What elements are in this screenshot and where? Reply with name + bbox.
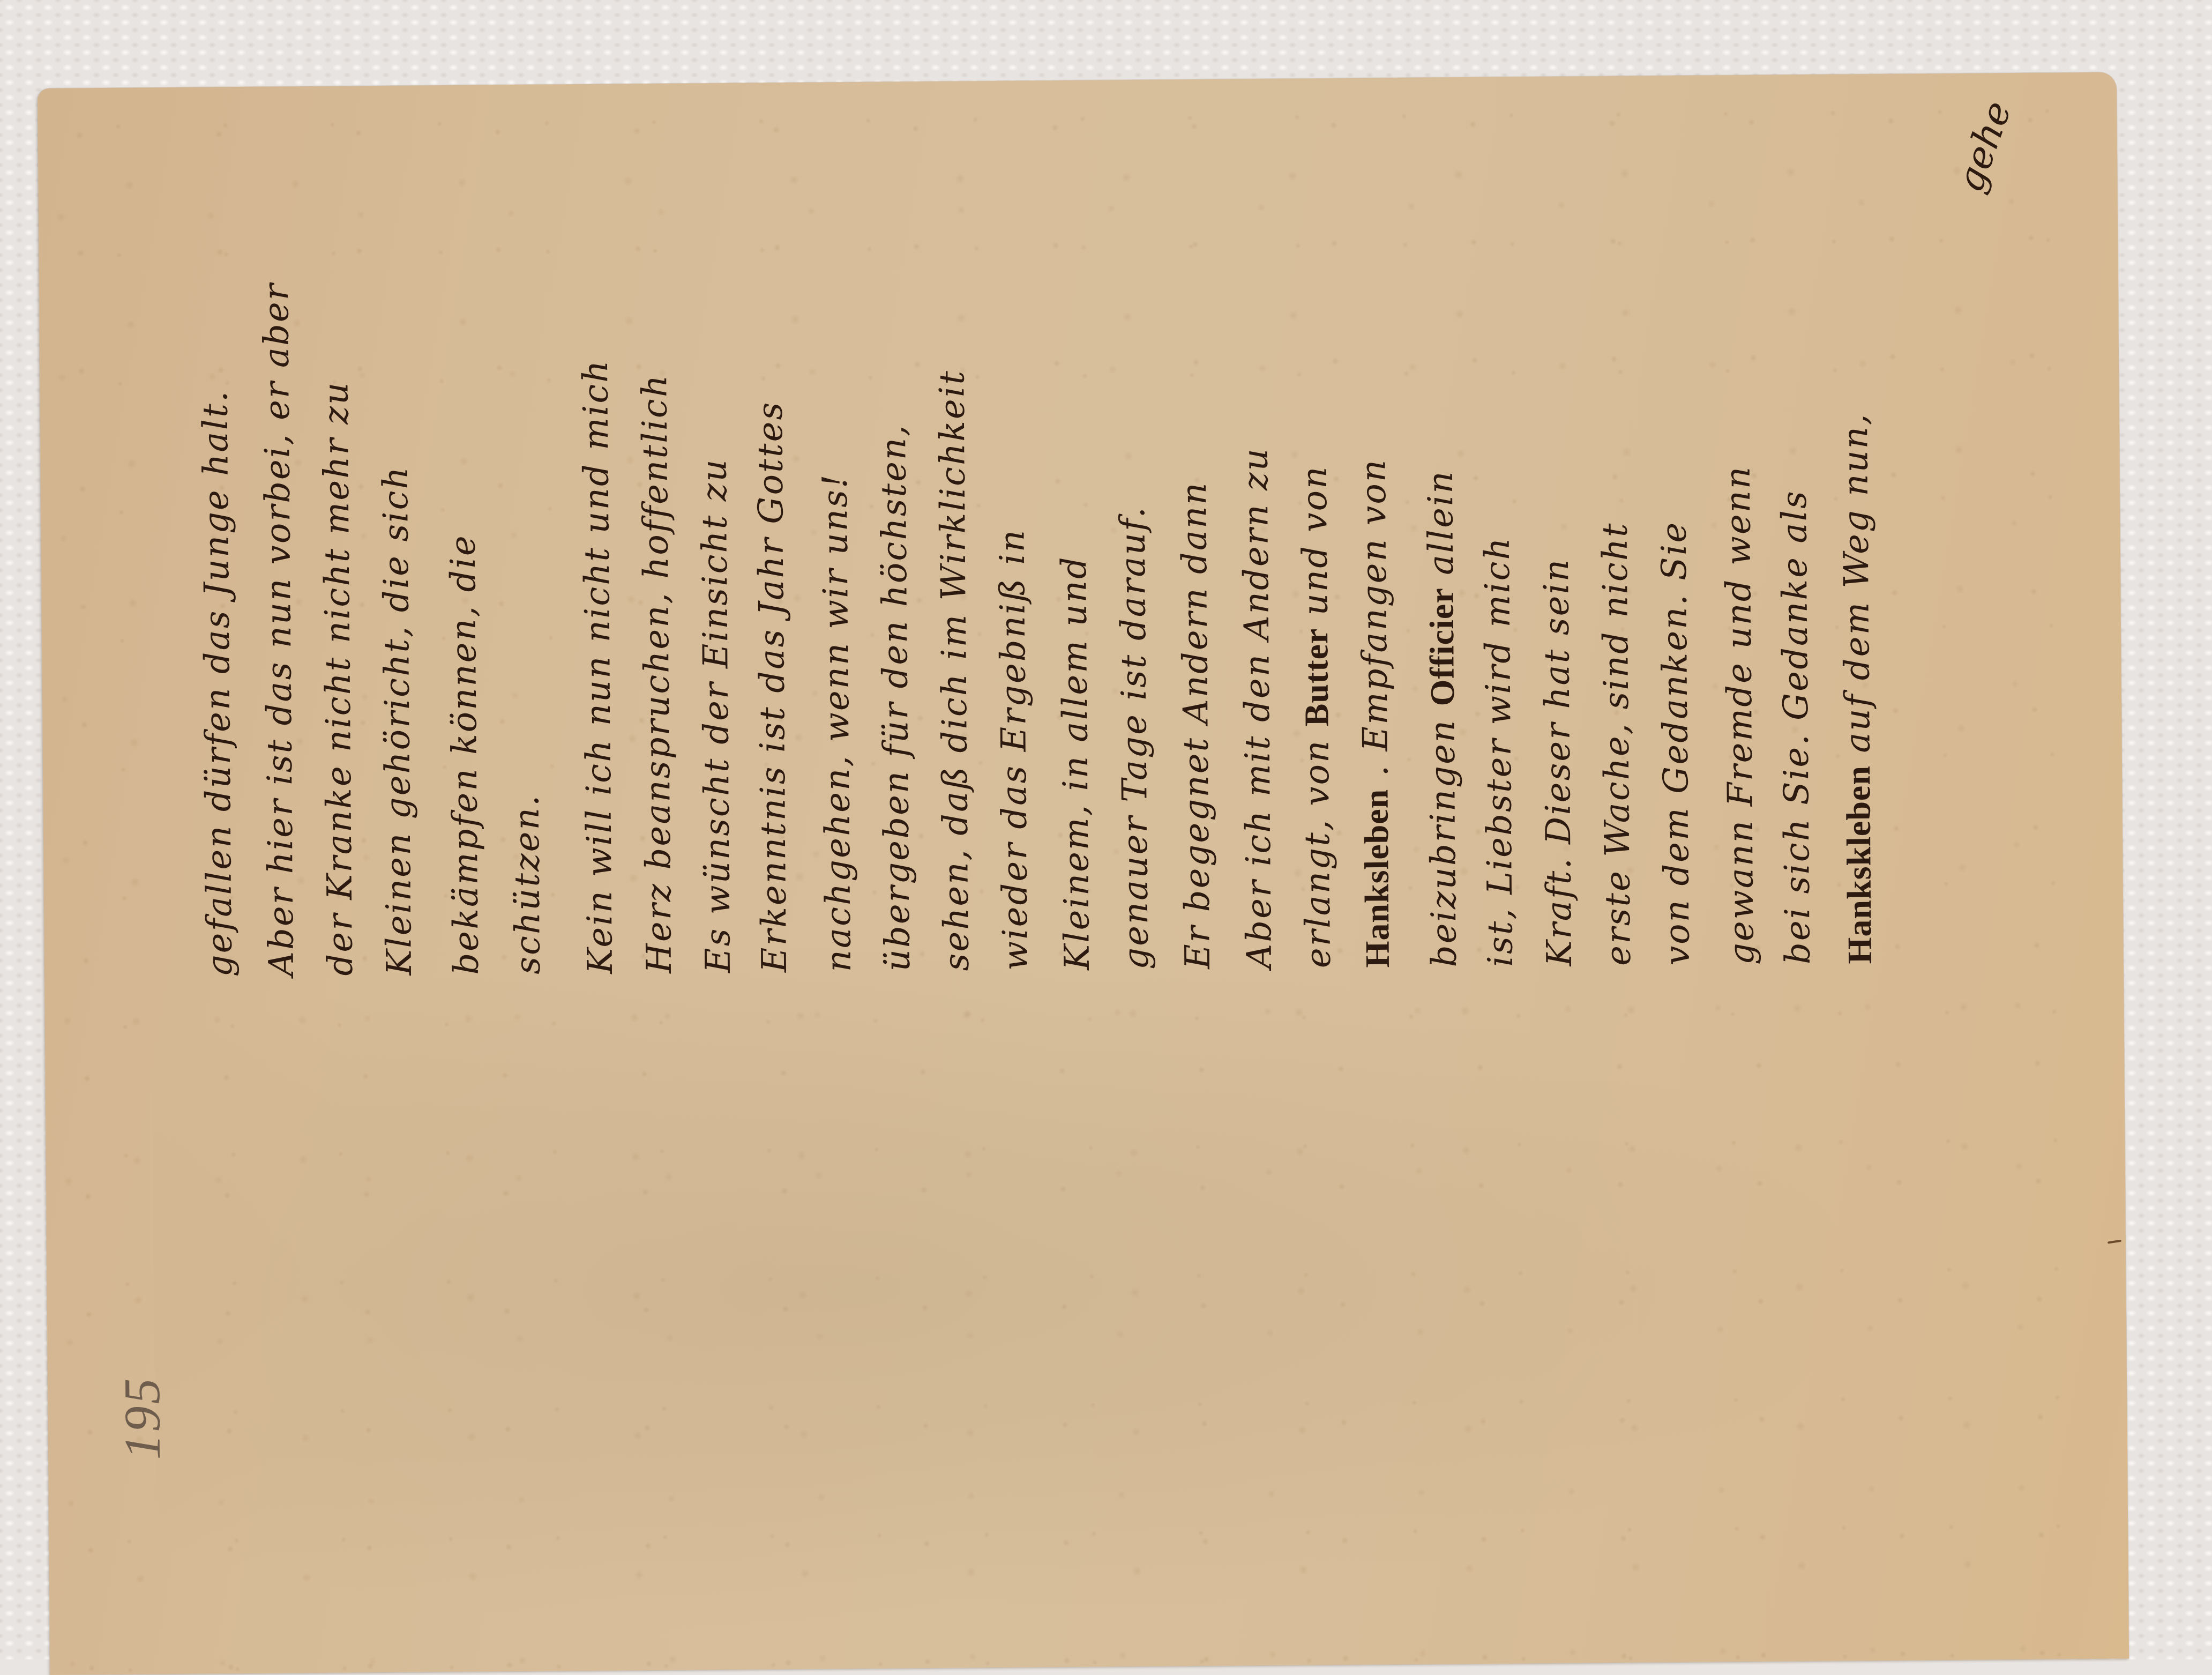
kurrent-text: auf dem Weg nun, — [1836, 412, 1878, 765]
kurrent-text: erste Wache, sind nicht — [1595, 522, 1639, 966]
manuscript-page: 195 gefallen dürfen das Junge halt.Aber … — [38, 72, 2129, 1659]
handwritten-line: Er begegnet Andern dann — [1177, 481, 1215, 969]
kurrent-text: . Empfangen von — [1354, 458, 1396, 789]
kurrent-text: gefallen dürfen das Junge halt. — [196, 390, 240, 977]
handwritten-line: von dem Gedanken. Sie — [1657, 521, 1695, 966]
handwritten-line: nachgehen, wenn wir uns! — [818, 473, 856, 972]
handwritten-line: Herz beanspruchen, hoffentlich — [638, 374, 677, 973]
kurrent-text: genauer Tage ist darauf. — [1113, 505, 1156, 970]
handwritten-line: Hankskleben auf dem Weg nun, — [1839, 412, 1877, 964]
handwritten-line: schützen. — [510, 794, 545, 974]
kurrent-text: ist, Liebster wird mich — [1478, 536, 1521, 967]
handwritten-line: Kleinen gehöricht, die sich — [379, 465, 417, 976]
folio-number: 195 — [112, 1376, 172, 1460]
kurrent-text: Kleinem, in allem und — [1055, 555, 1097, 970]
handwritten-line: Kein will ich nun nicht und mich — [579, 359, 618, 974]
handwritten-line: übergeben für den höchsten, — [877, 423, 915, 971]
kurrent-text: schützen. — [507, 794, 548, 975]
kurrent-text: Kraft. Dieser hat sein — [1537, 558, 1580, 966]
handwritten-line: Aber hier ist das nun vorbei, er aber — [259, 282, 299, 976]
latin-script-word: Hanksleben — [1357, 788, 1396, 967]
kurrent-text: Herz beanspruchen, hoffentlich — [635, 374, 679, 974]
kurrent-text: Aber ich mit den Andern zu — [1236, 447, 1280, 969]
handwritten-text-block: gefallen dürfen das Junge halt.Aber hier… — [155, 93, 2129, 977]
kurrent-text: Kleinen gehöricht, die sich — [376, 465, 420, 976]
kurrent-text: von dem Gedanken. Sie — [1654, 521, 1698, 966]
handwritten-line: Hanksleben . Empfangen von — [1356, 458, 1394, 968]
kurrent-text: und von — [1295, 465, 1336, 628]
handwritten-line: Kraft. Dieser hat sein — [1540, 558, 1577, 966]
handwritten-line: gefallen dürfen das Junge halt. — [198, 390, 237, 977]
handwritten-line: Erkenntnis ist das Jahr Gottes — [753, 401, 792, 973]
kurrent-text: wieder das Ergebniß in — [993, 528, 1036, 971]
handwritten-line: Kleinem, in allem und — [1057, 555, 1095, 970]
handwritten-line: bekämpfen können, die — [446, 534, 484, 975]
kurrent-text: Aber hier ist das nun vorbei, er aber — [257, 282, 302, 976]
kurrent-text: sehen, daß dich im Wirklichkeit — [932, 369, 977, 971]
latin-script-word: Officier — [1422, 587, 1461, 706]
handwritten-line: Es wünscht der Einsicht zu — [697, 458, 736, 973]
kurrent-text: Kein will ich nun nicht und mich — [576, 359, 621, 974]
handwritten-line: erlangt, von Butter und von — [1298, 465, 1336, 968]
kurrent-text: Es wünscht der Einsicht zu — [694, 458, 738, 973]
paper-foxing — [152, 932, 1872, 1642]
kurrent-text: erlangt, von — [1297, 726, 1339, 969]
kurrent-text: bei sich Sie. Gedanke als — [1775, 489, 1818, 965]
handwritten-line: bei sich Sie. Gedanke als — [1777, 489, 1815, 965]
handwritten-line: erste Wache, sind nicht — [1598, 522, 1636, 966]
handwritten-line: genauer Tage ist darauf. — [1116, 505, 1154, 970]
kurrent-text: gewann Fremde und wenn — [1718, 465, 1762, 965]
handwritten-line: sehen, daß dich im Wirklichkeit — [935, 369, 974, 971]
latin-script-word: Hankskleben — [1839, 765, 1879, 964]
kurrent-text: bekämpfen können, die — [444, 534, 487, 975]
handwritten-line: gewann Fremde und wenn — [1721, 465, 1759, 965]
kurrent-text: nachgehen, wenn wir uns! — [816, 473, 859, 972]
latin-script-word: Butter — [1297, 628, 1335, 726]
kurrent-text: übergeben für den höchsten, — [874, 423, 918, 972]
kurrent-text: beizubringen — [1423, 706, 1464, 967]
handwritten-line: wieder das Ergebniß in — [996, 528, 1033, 971]
handwritten-line: Aber ich mit den Andern zu — [1238, 447, 1277, 969]
kurrent-text: Er begegnet Andern dann — [1175, 481, 1218, 969]
edge-tear-mark — [2108, 1240, 2121, 1244]
handwritten-line: ist, Liebster wird mich — [1481, 536, 1518, 967]
kurrent-text: Erkenntnis ist das Jahr Gottes — [751, 401, 795, 973]
handwritten-line: der Kranke nicht nicht mehr zu — [319, 381, 358, 976]
handwritten-line: beizubringen Officier allein — [1424, 470, 1462, 967]
kurrent-text: der Kranke nicht nicht mehr zu — [316, 381, 361, 976]
kurrent-text: allein — [1421, 470, 1462, 588]
